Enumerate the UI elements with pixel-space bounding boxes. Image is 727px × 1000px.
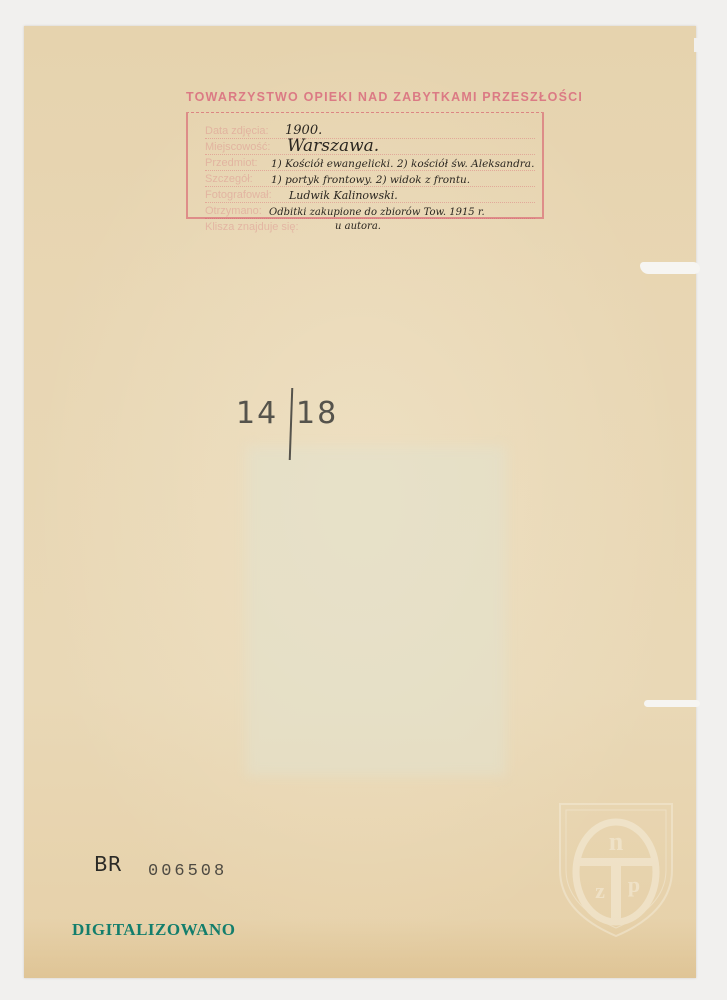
svg-text:p: p [628, 872, 640, 897]
collection-mark: BR [94, 852, 122, 876]
field-detail: Szczegół: 1) portyk frontowy. 2) widok z… [205, 170, 535, 187]
paper-notch [694, 38, 704, 52]
field-subject: Przedmiot: 1) Kościół ewangelicki. 2) ko… [205, 154, 535, 171]
field-value: 1) portyk frontowy. 2) widok z frontu. [271, 174, 470, 186]
inventory-number: 006508 [148, 862, 227, 881]
field-negative-location: Klisza znajduje się: u autora. [205, 218, 535, 234]
photo-mounting-shadow [246, 446, 506, 776]
field-photographer: Fotografował: Ludwik Kalinowski. [205, 186, 535, 203]
field-label: Data zdjęcia: [205, 125, 269, 137]
field-place: Miejscowość: Warszawa. [205, 138, 535, 155]
paper-tear [644, 700, 700, 707]
field-label: Przedmiot: [205, 157, 258, 169]
shield-watermark-icon: n z p [556, 800, 676, 940]
svg-text:z: z [595, 878, 605, 903]
field-value: Warszawa. [287, 136, 379, 156]
stamp-title: TOWARZYSTWO OPIEKI NAD ZABYTKAMI PRZESZŁ… [186, 90, 566, 104]
svg-text:n: n [609, 827, 624, 856]
field-value: u autora. [335, 221, 381, 232]
field-value: Ludwik Kalinowski. [289, 189, 398, 202]
paper-tear [640, 262, 700, 274]
field-received: Otrzymano: Odbitki zakupione do zbiorów … [205, 202, 535, 219]
field-label: Miejscowość: [205, 141, 270, 153]
figure-number-right: 18 [296, 396, 338, 431]
field-value: Odbitki zakupione do zbiorów Tow. 1915 r… [269, 207, 485, 218]
field-value: 1) Kościół ewangelicki. 2) kościół św. A… [271, 158, 534, 170]
digitized-stamp: DIGITALIZOWANO [72, 920, 236, 940]
field-label: Szczegół: [205, 173, 253, 185]
field-label: Fotografował: [205, 189, 272, 201]
field-label: Otrzymano: [205, 205, 262, 217]
figure-number-left: 14 [236, 396, 278, 431]
field-label: Klisza znajduje się: [205, 221, 299, 233]
